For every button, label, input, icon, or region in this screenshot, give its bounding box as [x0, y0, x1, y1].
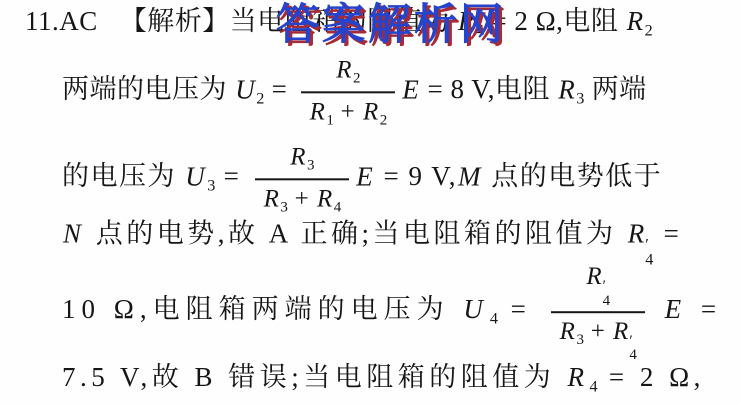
fraction: R3R3 + R4 — [255, 141, 350, 216]
text-token: = — [498, 294, 545, 324]
text-token: = — [215, 161, 248, 191]
text-token: = — [653, 219, 682, 249]
text-token: = — [264, 74, 294, 104]
text-token: 7.5 V,故 B 错误;当电阻箱的阻值为 — [62, 362, 567, 392]
variable-token: U — [462, 294, 490, 324]
subscript-token: 2 — [380, 112, 388, 128]
subscript-token: 3 — [307, 157, 315, 173]
text-token: = 2 Ω, — [598, 362, 705, 392]
text-token: = 9 V, — [375, 161, 457, 191]
solution-line-5: 10 Ω,电阻箱两端的电压为 U4 = R′4R3 + R′4 E = — [62, 261, 722, 363]
text-token: 点的电势低于 — [483, 161, 662, 191]
text-token: 点的电势,故 A 正确;当电阻箱的阻值为 — [86, 219, 627, 249]
text-token: = — [688, 294, 722, 324]
prime-mark: ′ — [603, 280, 611, 294]
variable-token: M — [457, 161, 483, 191]
fraction: R2R1 + R2 — [301, 54, 396, 129]
subscript-token: 2 — [645, 22, 653, 40]
variable-token: E — [401, 74, 420, 104]
solution-line-6: 7.5 V,故 B 错误;当电阻箱的阻值为 R4 = 2 Ω, — [62, 361, 705, 397]
text-token: + — [584, 318, 612, 345]
subscript-token: 4 — [603, 294, 611, 308]
variable-token: N — [62, 219, 86, 249]
variable-token: R — [559, 318, 577, 345]
variable-token: R — [557, 74, 576, 104]
variable-token: R — [316, 185, 334, 212]
variable-token: U — [234, 74, 256, 104]
variable-token: R — [585, 263, 602, 290]
variable-token: U — [184, 161, 207, 191]
variable-token: R — [567, 362, 590, 392]
text-token: + — [334, 98, 362, 125]
subscript-token: 3 — [280, 199, 288, 215]
text-token: 两端 — [584, 74, 646, 104]
watermark: 答案解析网 — [276, 1, 506, 50]
variable-token: R — [612, 318, 629, 345]
fraction: R′4R3 + R′4 — [551, 261, 645, 363]
variable-token: R — [263, 185, 281, 212]
subscript-token: 1 — [326, 112, 334, 128]
subscript-token: 4 — [590, 378, 598, 396]
solution-line-2: 两端的电压为 U2 = R2R1 + R2E = 8 V,电阻 R3 两端 — [62, 54, 647, 129]
variable-token: R — [626, 6, 645, 36]
text-token: = 8 V,电阻 — [420, 74, 557, 104]
text-token: 11.AC — [25, 6, 98, 36]
variable-token: R — [362, 98, 380, 125]
subscript-token: 2 — [353, 70, 361, 86]
variable-token: R — [289, 143, 307, 170]
fraction-numerator: R′4 — [551, 261, 645, 311]
prime-mark: ′ — [629, 334, 637, 348]
fraction-denominator: R1 + R2 — [301, 91, 396, 130]
fraction-numerator: R2 — [301, 54, 396, 91]
prime-sub-stack: ′4 — [629, 334, 637, 363]
fraction-numerator: R3 — [255, 141, 350, 178]
variable-token: E — [664, 294, 689, 324]
prime-sub-stack: ′4 — [603, 280, 611, 309]
variable-token: E — [355, 161, 375, 191]
subscript-token: 4 — [334, 199, 342, 215]
variable-token: R — [309, 98, 327, 125]
fraction-denominator: R3 + R4 — [255, 178, 350, 217]
text-token: 的电压为 — [62, 161, 184, 191]
text-token: 10 Ω,电阻箱两端的电压为 — [62, 294, 462, 324]
variable-prime-sub: R′4 — [612, 316, 637, 363]
solution-line-3: 的电压为 U3 = R3R3 + R4E = 9 V,M 点的电势低于 — [62, 141, 662, 216]
solution-document: 11.AC【解析】当电阻箱的阻值为 R4 = 2 Ω,电阻 R2 两端的电压为 … — [0, 0, 741, 405]
subscript-token: 4 — [490, 310, 498, 328]
fraction-denominator: R3 + R′4 — [551, 311, 645, 363]
variable-token: R — [627, 219, 646, 249]
subscript-token: 3 — [576, 332, 584, 348]
text-token — [651, 294, 664, 324]
variable-token: R — [335, 56, 353, 83]
text-token: 两端的电压为 — [62, 74, 234, 104]
variable-prime-sub: R′4 — [585, 261, 610, 308]
text-token: + — [288, 185, 316, 212]
